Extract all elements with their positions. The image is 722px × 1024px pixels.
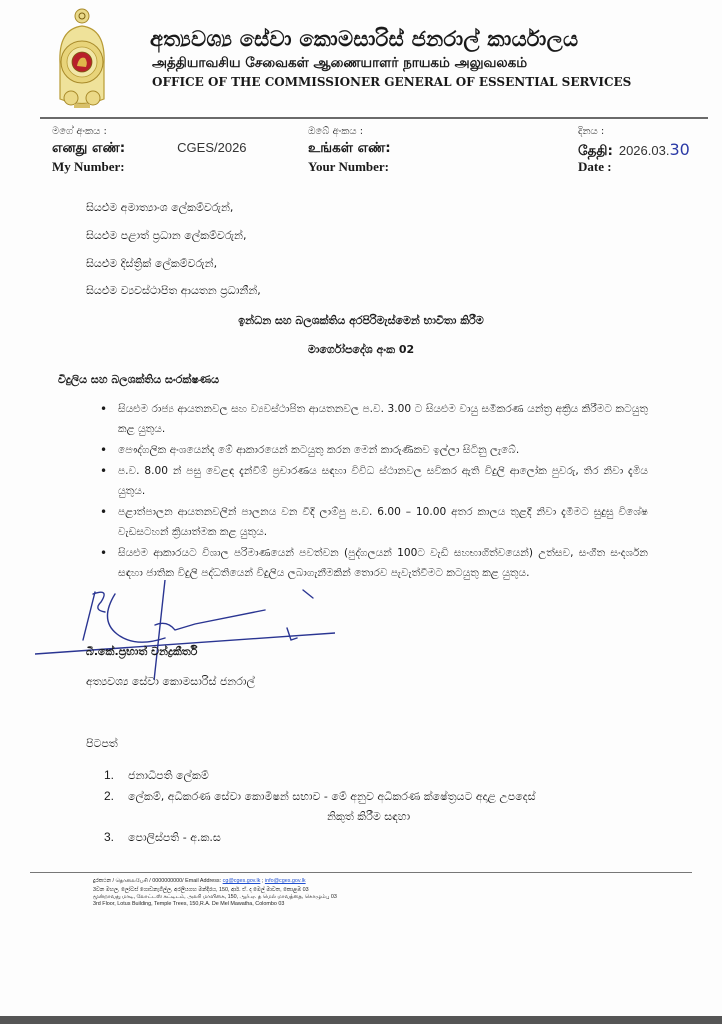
guideline-text: සියළුම ආකාරයට විශාල පරිමාණයෙන් පවත්වන (ප… xyxy=(118,547,648,579)
footer-separator: ; xyxy=(262,878,264,884)
bullet-icon: • xyxy=(100,461,107,481)
guideline-list: •සියළුම රාජ්‍ය ආයතනවල සහ ව්‍යවස්ථාපිත ආය… xyxy=(100,399,648,584)
header-divider xyxy=(40,117,708,119)
your-number-label-ta: உங்கள் எண்: xyxy=(308,140,391,159)
signature-icon xyxy=(35,580,335,680)
guideline-item: •ප.ව. 8.00 න් පසු වෙළඳ දැන්වීම් ප්‍රචාරණ… xyxy=(100,461,648,501)
addressee-line: සියළුම අමාත්‍යාංශ ලේකම්වරුන්, xyxy=(86,201,233,215)
date-label-ta: தேதி: xyxy=(578,143,613,159)
guideline-item: •සියළුම ආකාරයට විශාල පරිමාණයෙන් පවත්වන (… xyxy=(100,543,648,583)
national-emblem-icon xyxy=(52,4,112,114)
bullet-icon: • xyxy=(100,502,107,522)
email-link-cg[interactable]: cg@cges.gov.lk xyxy=(223,878,261,884)
copy-number: 2. xyxy=(104,786,128,806)
footer-address-en: 3rd Floor, Lotus Building, Temple Trees,… xyxy=(93,901,284,907)
my-number-label-en: My Number: xyxy=(52,159,247,175)
bullet-icon: • xyxy=(100,399,107,419)
date-block: දිනය : தேதி:2026.03.30 Date : xyxy=(578,126,690,175)
section-title: විදුලිය සහ බලශක්තිය සංරක්ෂණය xyxy=(58,373,219,387)
bullet-icon: • xyxy=(100,440,107,460)
email-link-info[interactable]: info@cges.gov.lk xyxy=(265,878,306,884)
date-value-printed: 2026.03. xyxy=(619,143,670,158)
date-value-handwritten: 30 xyxy=(669,140,689,159)
guideline-item: •පළාත්පාලන ආයතනවලින් පාලනය වන වීදි ලාම්ප… xyxy=(100,502,648,542)
your-number-label-en: Your Number: xyxy=(308,159,391,175)
your-number-label-si: ඔබේ අංකය : xyxy=(308,126,391,140)
copy-item-continuation: නිකුත් කිරීම සඳහා xyxy=(104,807,536,827)
copy-text: ජනාධිපති ලේකම් xyxy=(128,769,209,782)
addressee-line: සියළුම ව්‍යවස්ථාපිත ආයතන ප්‍රධානීන්, xyxy=(86,284,261,298)
date-label-en: Date : xyxy=(578,159,690,175)
my-number-block: මගේ අංකය : எனது எண்:CGES/2026 My Number: xyxy=(52,126,247,175)
my-number-label-si: මගේ අංකය : xyxy=(52,126,247,140)
footer-phone-label: දුරකථන / தொலைபேசி / 0000000000/ Email Ad… xyxy=(93,878,221,884)
guideline-item: •පෞද්ගලික අංශයෙන්ද මේ ආකාරයෙන් කටයුතු කර… xyxy=(100,440,648,460)
my-number-label-ta: எனது எண்: xyxy=(52,140,125,156)
footer-divider xyxy=(30,872,692,873)
scan-edge xyxy=(0,1016,722,1024)
guideline-text: පළාත්පාලන ආයතනවලින් පාලනය වන වීදි ලාම්පු… xyxy=(118,506,648,538)
date-label-si: දිනය : xyxy=(578,126,690,140)
signatory-name: බී.කේ.ප්‍රභාත් චන්ද්‍රකීර්ති xyxy=(86,645,197,659)
copy-item: 3.පොලිස්පති - අ.ක.ස xyxy=(104,827,536,848)
bullet-icon: • xyxy=(100,543,107,563)
office-title-english: OFFICE OF THE COMMISSIONER GENERAL OF ES… xyxy=(152,75,631,89)
copy-number: 1. xyxy=(104,765,128,785)
copy-text: ලේකම්, අධිකරණ සේවා කොමිෂන් සභාව - මේ අනු… xyxy=(128,790,536,803)
copy-item: 1.ජනාධිපති ලේකම් xyxy=(104,765,536,786)
office-title-sinhala: අත්‍යවශ්‍ය සේවා කොමසාරිස් ජනරාල් කාර්යාල… xyxy=(150,27,578,52)
signatory-title: අත්‍යවශ්‍ය සේවා කොමසාරිස් ජනරාල් xyxy=(86,675,255,689)
your-number-block: ඔබේ අංකය : உங்கள் எண்: Your Number: xyxy=(308,126,391,175)
guideline-item: •සියළුම රාජ්‍ය ආයතනවල සහ ව්‍යවස්ථාපිත ආය… xyxy=(100,399,648,439)
copy-number: 3. xyxy=(104,827,128,847)
footer-address-ta: மூன்றாவது மாடி, லோட்டஸ் கட்டிடம், அலரி ம… xyxy=(93,894,337,901)
addressee-line: සියළුම දිස්ත්‍රික් ලේකම්වරුන්, xyxy=(86,257,217,271)
letter-page: අත්‍යවශ්‍ය සේවා කොමසාරිස් ජනරාල් කාර්යාල… xyxy=(0,0,722,1024)
addressee-line: සියළුම පළාත් ප්‍රධාන ලේකම්වරුන්, xyxy=(86,229,246,243)
guideline-number: මාර්ගෝපදේශ අංක 02 xyxy=(0,343,722,357)
guideline-text: සියළුම රාජ්‍ය ආයතනවල සහ ව්‍යවස්ථාපිත ආයත… xyxy=(118,403,648,435)
copy-item: 2.ලේකම්, අධිකරණ සේවා කොමිෂන් සභාව - මේ අ… xyxy=(104,786,536,807)
copies-label: පිටපත් xyxy=(86,737,118,751)
footer-address-si: 3වන මහල, ලෝටස් ගොඩනැගිල්ල, අරලියගහ මන්දි… xyxy=(93,887,309,894)
copy-text: පොලිස්පති - අ.ක.ස xyxy=(128,831,221,844)
office-title-tamil: அத்தியாவசிய சேவைகள் ஆணையாளர் நாயகம் அலுவ… xyxy=(152,55,527,73)
subject-line: ඉන්ධන සහ බලශක්තිය අරපිරිමැස්මෙන් භාවිතා … xyxy=(0,314,722,328)
footer-contact: දුරකථන / தொலைபேசி / 0000000000/ Email Ad… xyxy=(93,878,306,885)
guideline-text: ප.ව. 8.00 න් පසු වෙළඳ දැන්වීම් ප්‍රචාරණය… xyxy=(118,465,648,497)
my-number-value: CGES/2026 xyxy=(177,140,246,155)
guideline-text: පෞද්ගලික අංශයෙන්ද මේ ආකාරයෙන් කටයුතු කරන… xyxy=(118,444,519,456)
copies-list: 1.ජනාධිපති ලේකම් 2.ලේකම්, අධිකරණ සේවා කො… xyxy=(104,765,536,848)
